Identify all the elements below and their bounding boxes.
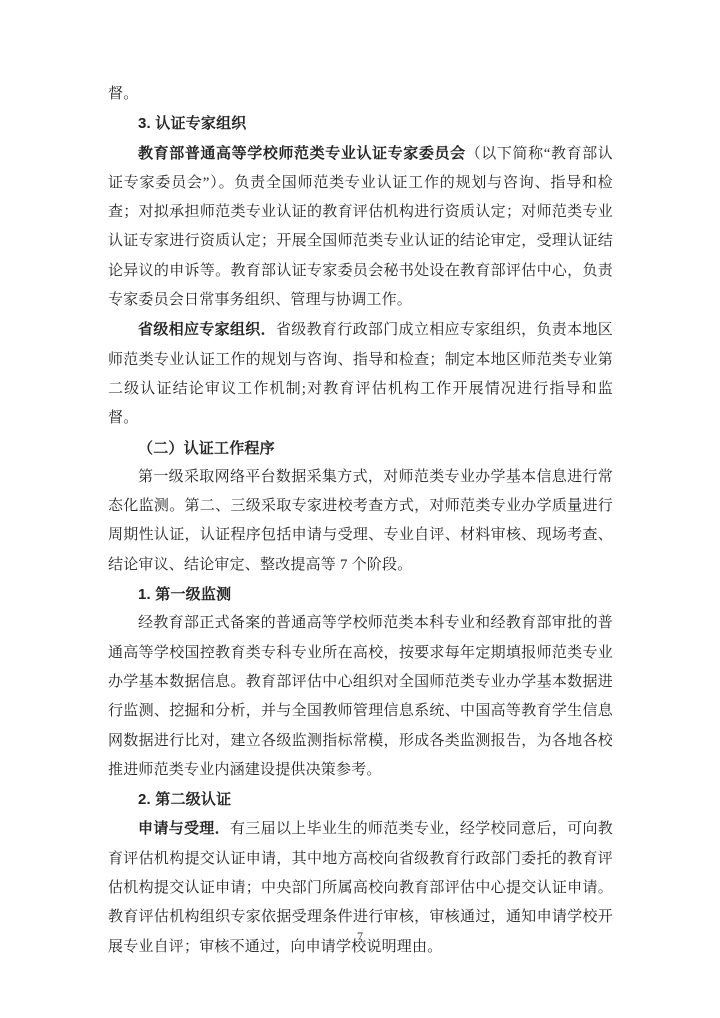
text-segment: 督。 [108, 86, 138, 102]
paragraph-heading: （二）认证工作程序 [108, 434, 613, 463]
page-number: 7 [0, 928, 720, 944]
text-segment-bold: 2. 第二级认证 [138, 791, 231, 808]
paragraph: 经教育部正式备案的普通高等学校师范类本科专业和经教育部审批的普通高等学校国控教育… [108, 609, 613, 785]
paragraph: 教育部普通高等学校师范类专业认证专家委员会（以下简称“教育部认证专家委员会”）。… [108, 139, 613, 316]
text-segment: （以下简称“教育部认证专家委员会”）。负责全国师范类专业认证工作的规划与咨询、指… [108, 146, 613, 308]
document-page: 督。3. 认证专家组织教育部普通高等学校师范类专业认证专家委员会（以下简称“教育… [0, 0, 720, 1018]
text-segment-bold: 1. 第一级监测 [138, 586, 231, 603]
paragraph: 省级相应专家组织．省级教育行政部门成立相应专家组织，负责本地区师范类专业认证工作… [108, 315, 613, 433]
paragraph: 第一级采取网络平台数据采集方式，对师范类专业办学基本信息进行常态化监测。第二、三… [108, 463, 613, 580]
text-segment-bold: 教育部普通高等学校师范类专业认证专家委员会 [138, 145, 466, 162]
text-segment-bold: 3. 认证专家组织 [138, 115, 246, 132]
paragraph-heading: 3. 认证专家组织 [108, 109, 613, 138]
paragraph: 督。 [108, 80, 613, 109]
document-body: 督。3. 认证专家组织教育部普通高等学校师范类专业认证专家委员会（以下简称“教育… [108, 80, 613, 962]
text-segment-bold: 申请与受理． [138, 820, 230, 837]
text-segment-bold: （二）认证工作程序 [138, 440, 275, 457]
text-segment: 第一级采取网络平台数据采集方式，对师范类专业办学基本信息进行常态化监测。第二、三… [108, 469, 613, 573]
text-segment: 经教育部正式备案的普通高等学校师范类本科专业和经教育部审批的普通高等学校国控教育… [108, 615, 613, 777]
text-segment-bold: 省级相应专家组织． [138, 321, 276, 338]
paragraph-heading: 2. 第二级认证 [108, 785, 613, 814]
paragraph-heading: 1. 第一级监测 [108, 580, 613, 609]
